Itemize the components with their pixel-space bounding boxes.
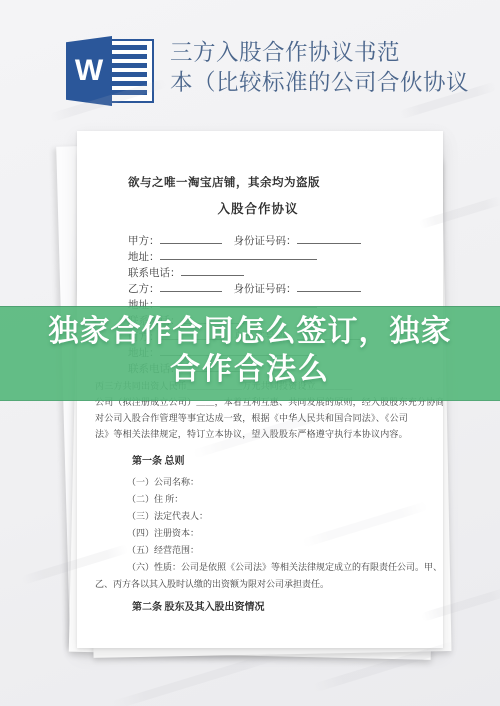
form-label: 甲方： [128, 236, 160, 247]
word-icon-line [107, 45, 147, 50]
form-row-phone: 联系电话： [128, 266, 421, 282]
form-label: 身份证号码： [234, 284, 297, 295]
section-item: （一）公司名称： [127, 474, 421, 491]
underline [297, 283, 361, 292]
section-items: （一）公司名称： （二）住 所： （三）法定代表人： （四）注册资本： （五）经… [95, 474, 421, 593]
page-title: 三方入股合作协议书范 本（比较标准的公司合伙协议 [170, 38, 500, 98]
underline [160, 235, 222, 244]
word-icon-letter: W [75, 54, 103, 88]
word-icon-line [107, 72, 147, 77]
headline-banner: 独家合作合同怎么签订，独家 合作合法么 [0, 306, 500, 401]
form-row-address: 地址： [128, 250, 421, 266]
underline [297, 235, 361, 244]
screen: W 三方入股合作协议书范 本（比较标准的公司合伙协议 欲与之唯一淘宝店铺，其余均… [0, 0, 500, 706]
underline [160, 251, 317, 260]
word-icon-line [107, 63, 147, 68]
section-item: （四）注册资本： [127, 525, 421, 542]
word-icon-line [107, 54, 147, 59]
document-paragraph: 对公司入股合作管理等事宜达成一致，根据《中华人民共和国合同法》、《公司 [95, 410, 421, 426]
section-item: （五）经营范围： [127, 542, 421, 559]
page-title-line1: 三方入股合作协议书范 [170, 38, 500, 68]
underline [181, 267, 244, 276]
watermark [112, 651, 277, 706]
form-label: 联系电话： [128, 268, 181, 279]
headline-line1: 独家合作合同怎么签订，独家 [0, 313, 500, 351]
document-notice: 欲与之唯一淘宝店铺，其余均为盗版 [128, 176, 421, 191]
section-heading-1: 第一条 总则 [132, 454, 421, 469]
form-row-party-a: 甲方：身份证号码： [128, 234, 421, 250]
underline [160, 283, 222, 292]
form-label: 乙方： [128, 284, 160, 295]
headline-text: 独家合作合同怎么签订，独家 合作合法么 [0, 306, 500, 389]
page-title-line2: 本（比较标准的公司合伙协议 [170, 68, 500, 98]
section-item: 乙、丙方各以其入股时认缴的出资额为限对公司承担责任。 [95, 576, 421, 593]
section-heading-2: 第二条 股东及其入股出资情况 [132, 600, 421, 615]
section-item: （六）性质：公司是依照《公司法》等相关法律规定成立的有限责任公司。甲、 [127, 559, 421, 576]
document-title: 入股合作协议 [95, 200, 421, 218]
form-label: 地址： [128, 252, 160, 263]
headline-line2: 合作合法么 [0, 351, 500, 389]
form-label: 身份证号码： [234, 236, 297, 247]
form-row-party-b: 乙方：身份证号码： [128, 282, 421, 298]
section-item: （二）住 所： [127, 491, 421, 508]
